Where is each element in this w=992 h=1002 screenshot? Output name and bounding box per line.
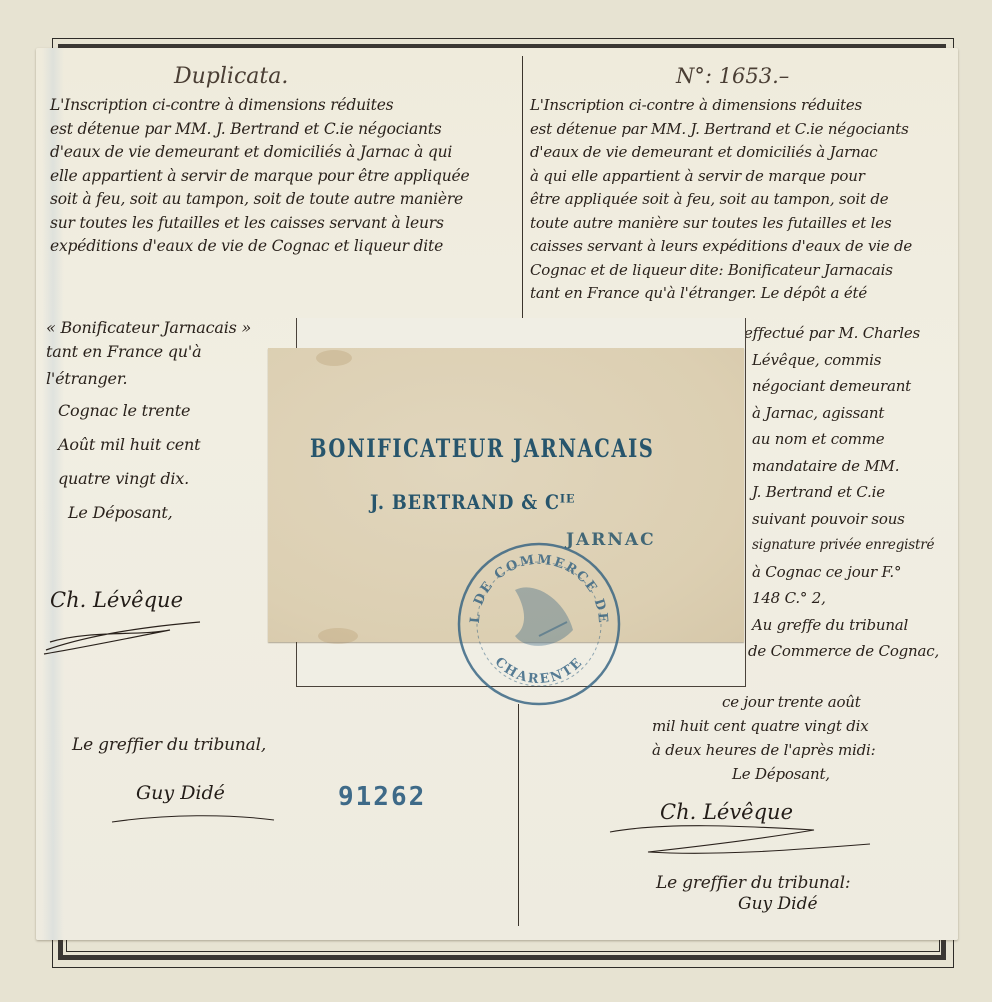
right-body-line: à qui elle appartient à servir de marque… bbox=[530, 165, 912, 189]
right-short-line: signature privée enregistré bbox=[752, 532, 939, 559]
right-clerk-signature: Guy Didé bbox=[738, 894, 818, 914]
right-closing-line: Le Déposant, bbox=[732, 762, 876, 786]
left-short-line: quatre vingt dix. bbox=[58, 462, 251, 496]
stain bbox=[316, 350, 352, 366]
left-short-line: tant en France qu'à bbox=[46, 340, 251, 364]
right-body-line: tant en France qu'à l'étranger. Le dépôt… bbox=[530, 282, 912, 306]
left-body-line: est détenue par MM. J. Bertrand et C.ie … bbox=[50, 118, 469, 142]
right-short-line: Au greffe du tribunal bbox=[752, 612, 939, 639]
right-body-line: toute autre manière sur toutes les futai… bbox=[530, 212, 912, 236]
right-short-line: suivant pouvoir sous bbox=[752, 506, 939, 533]
right-body-line: L'Inscription ci-contre à dimensions réd… bbox=[530, 94, 912, 118]
svg-text:CHARENTE: CHARENTE bbox=[492, 655, 587, 688]
label-company: J. BERTRAND & Cᴵᴱ bbox=[370, 490, 575, 514]
right-closing-line: mil huit cent quatre vingt dix bbox=[652, 714, 876, 738]
duplicata-heading: Duplicata. bbox=[174, 64, 288, 89]
right-closing-line: ce jour trente août bbox=[722, 690, 876, 714]
top-column-divider bbox=[522, 56, 523, 318]
right-short-line: à Cognac ce jour F.° bbox=[752, 559, 939, 586]
signature-flourish bbox=[604, 818, 874, 868]
left-body-line: d'eaux de vie demeurant et domiciliés à … bbox=[50, 141, 469, 165]
right-body-line: d'eaux de vie demeurant et domiciliés à … bbox=[530, 141, 912, 165]
bottom-column-divider bbox=[518, 704, 519, 926]
left-body-text: L'Inscription ci-contre à dimensions réd… bbox=[50, 94, 469, 259]
right-closing-text: ce jour trente août mil huit cent quatre… bbox=[652, 690, 876, 786]
clerk-signature-underline bbox=[108, 808, 278, 828]
right-short-line: négociant demeurant bbox=[752, 373, 939, 400]
right-short-line: 148 C.° 2, bbox=[752, 585, 939, 612]
right-short-line: de Commerce de Cognac, bbox=[748, 638, 939, 665]
left-body-line: soit à feu, soit au tampon, soit de tout… bbox=[50, 188, 469, 212]
left-short-line: Cognac le trente bbox=[58, 394, 251, 428]
left-body-line: elle appartient à servir de marque pour … bbox=[50, 165, 469, 189]
stain bbox=[318, 628, 358, 644]
left-short-line: Le Déposant, bbox=[68, 496, 251, 530]
left-body-line: sur toutes les futailles et les caisses … bbox=[50, 212, 469, 236]
right-body-text: L'Inscription ci-contre à dimensions réd… bbox=[530, 94, 912, 306]
right-clerk-title: Le greffier du tribunal: bbox=[656, 872, 850, 896]
right-body-line: être appliquée soit à feu, soit au tampo… bbox=[530, 188, 912, 212]
right-short-line: à Jarnac, agissant bbox=[752, 400, 939, 427]
right-short-line: J. Bertrand et C.ie bbox=[752, 479, 939, 506]
tribunal-seal: TRIBUNAL DE COMMERCE DE COGNAC CHARENTE bbox=[455, 540, 623, 708]
left-short-line: Août mil huit cent bbox=[58, 428, 251, 462]
left-short-line: « Bonificateur Jarnacais » bbox=[46, 316, 251, 340]
left-body-line: L'Inscription ci-contre à dimensions réd… bbox=[50, 94, 469, 118]
right-short-line: au nom et comme bbox=[752, 426, 939, 453]
right-short-line: effectué par M. Charles bbox=[744, 320, 939, 347]
registration-number: 91262 bbox=[338, 782, 426, 812]
label-brand-name: BONIFICATEUR JARNACAIS bbox=[310, 434, 654, 463]
left-short-text: « Bonificateur Jarnacais » tant en Franc… bbox=[46, 316, 251, 530]
right-body-line: Cognac et de liqueur dite: Bonificateur … bbox=[530, 259, 912, 283]
right-short-text: effectué par M. Charles Lévêque, commis … bbox=[752, 320, 939, 665]
left-body-line: expéditions d'eaux de vie de Cognac et l… bbox=[50, 235, 469, 259]
signature-flourish bbox=[40, 600, 240, 660]
left-clerk-signature: Guy Didé bbox=[136, 782, 225, 804]
right-body-line: caisses servant à leurs expéditions d'ea… bbox=[530, 235, 912, 259]
right-body-line: est détenue par MM. J. Bertrand et C.ie … bbox=[530, 118, 912, 142]
left-short-line: l'étranger. bbox=[46, 364, 251, 394]
right-closing-line: à deux heures de l'après midi: bbox=[652, 738, 876, 762]
right-short-line: Lévêque, commis bbox=[752, 347, 939, 374]
record-number: N°: 1653.– bbox=[676, 64, 789, 88]
right-short-line: mandataire de MM. bbox=[752, 453, 939, 480]
left-clerk-title: Le greffier du tribunal, bbox=[72, 734, 266, 758]
